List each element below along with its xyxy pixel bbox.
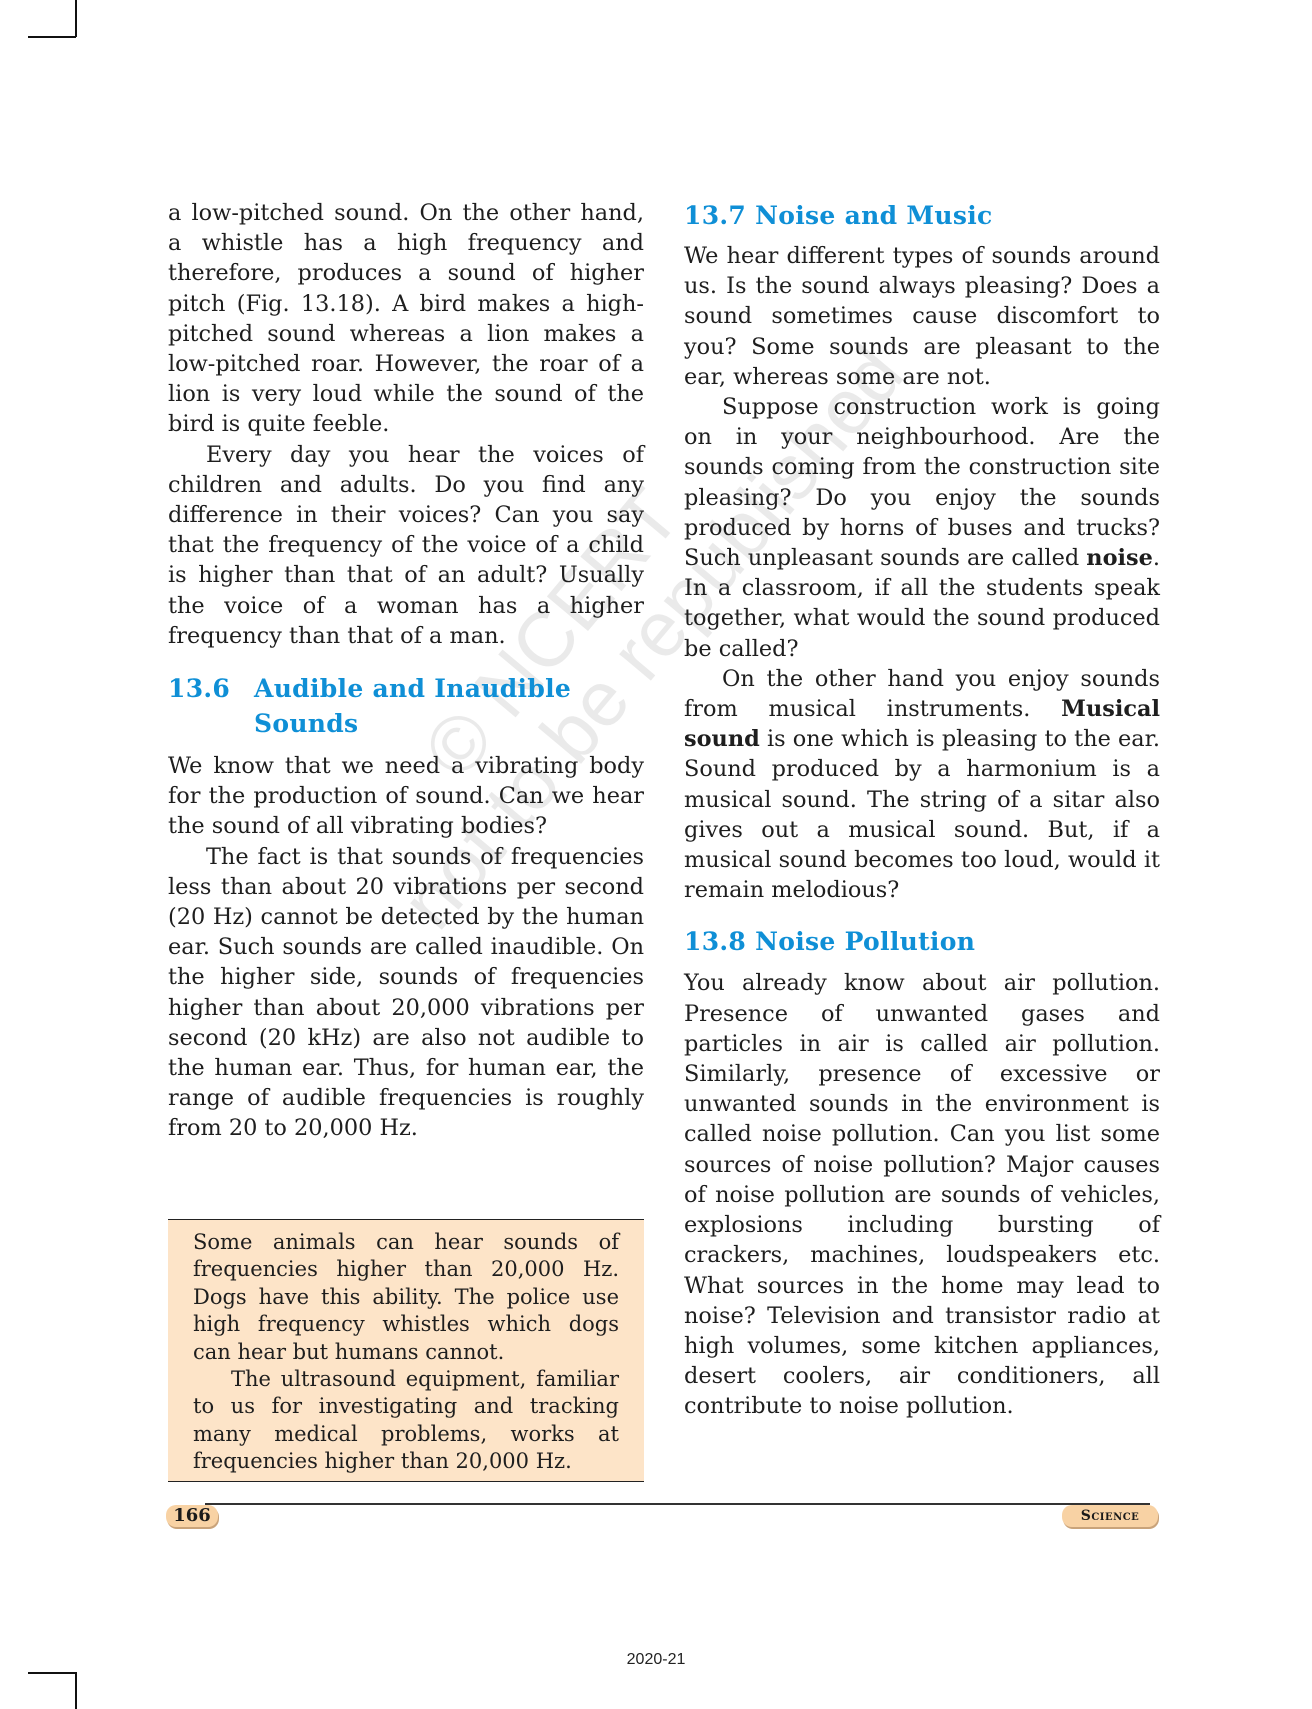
section-heading-13-8: 13.8 Noise Pollution	[684, 924, 1160, 959]
section-title-line2: Sounds	[168, 706, 644, 741]
section-number: 13.7	[684, 201, 746, 230]
section-title: Noise and Music	[755, 201, 992, 230]
section-number: 13.6	[168, 671, 254, 706]
paragraph: The fact is that sounds of frequencies l…	[168, 842, 644, 1144]
crop-mark-top-horizontal	[28, 36, 76, 38]
keyword-noise: noise	[1086, 545, 1153, 571]
section-heading-13-6: 13.6Audible and Inaudible Sounds	[168, 671, 644, 741]
crop-mark-top-vertical	[75, 0, 77, 37]
paragraph: We know that we need a vibrating body fo…	[168, 751, 644, 842]
paragraph: a low-pitched sound. On the other hand, …	[168, 198, 644, 440]
right-column: 13.7 Noise and Music We hear different t…	[684, 198, 1160, 1422]
note-paragraph: Some animals can hear sounds of frequenc…	[193, 1229, 619, 1366]
paragraph: You already know about air pollution. Pr…	[684, 968, 1160, 1421]
section-heading-13-7: 13.7 Noise and Music	[684, 198, 1160, 233]
paragraph: Suppose construction work is going on in…	[684, 392, 1160, 664]
crop-mark-bottom-horizontal	[28, 1672, 76, 1674]
text-run: is one which is pleasing to the ear. Sou…	[684, 726, 1160, 903]
crop-mark-bottom-vertical	[75, 1672, 77, 1709]
left-column: a low-pitched sound. On the other hand, …	[168, 198, 644, 1144]
subject-badge: Science	[1062, 1505, 1158, 1527]
section-title-line1: Audible and Inaudible	[254, 674, 571, 703]
edition-year: 2020-21	[0, 1651, 1312, 1669]
paragraph: Every day you hear the voices of childre…	[168, 440, 644, 651]
note-paragraph: The ultrasound equipment, familiar to us…	[193, 1366, 619, 1476]
section-number: 13.8	[684, 927, 746, 956]
paragraph: We hear different types of sounds around…	[684, 241, 1160, 392]
note-box: Some animals can hear sounds of frequenc…	[168, 1219, 644, 1482]
section-title: Noise Pollution	[755, 927, 975, 956]
page-number-badge: 166	[166, 1505, 218, 1527]
paragraph: On the other hand you enjoy sounds from …	[684, 664, 1160, 906]
footer-rule	[205, 1503, 1150, 1505]
